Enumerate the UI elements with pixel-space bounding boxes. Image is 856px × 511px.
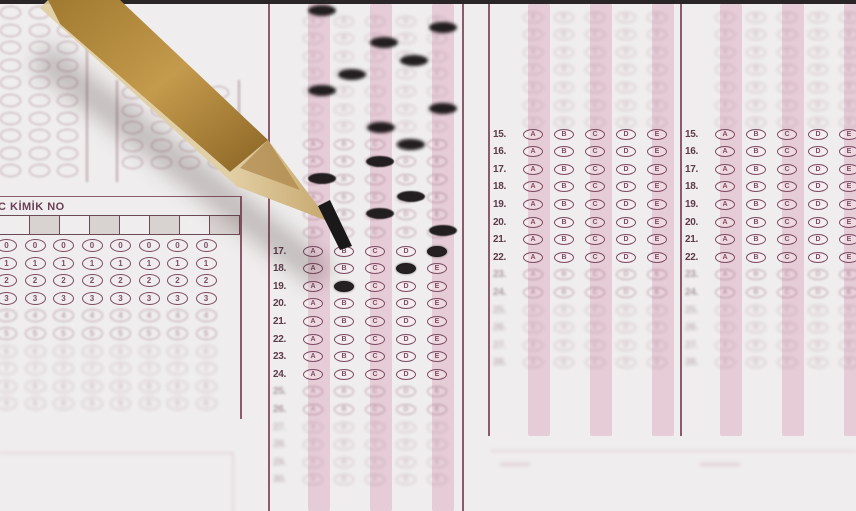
id-digit-bubble[interactable]: 1 <box>110 257 131 270</box>
id-digit-bubble[interactable]: 1 <box>0 257 17 270</box>
answer-bubble-d[interactable]: D <box>396 404 416 415</box>
id-digit-bubble[interactable]: 7 <box>196 362 217 375</box>
answer-bubble-b[interactable]: B <box>334 386 354 397</box>
answer-bubble-a[interactable]: A <box>303 351 323 362</box>
answer-bubble-a[interactable]: A <box>715 322 735 333</box>
answer-bubble-b[interactable]: B <box>334 209 354 220</box>
answer-bubble-d[interactable]: D <box>616 82 636 93</box>
answer-bubble-e[interactable]: E <box>647 117 667 128</box>
answer-bubble-a[interactable]: A <box>303 439 323 450</box>
answer-bubble-a[interactable]: A <box>303 227 323 238</box>
answer-bubble-e[interactable]: E <box>839 269 856 280</box>
answer-bubble-a[interactable]: A <box>523 29 543 40</box>
answer-bubble-c[interactable]: C <box>585 287 605 298</box>
id-digit-bubble[interactable]: 6 <box>167 345 188 358</box>
answer-bubble-e[interactable]: E <box>839 234 856 245</box>
answer-bubble-d[interactable]: D <box>396 422 416 433</box>
answer-bubble-a[interactable]: A <box>523 269 543 280</box>
answer-bubble-c[interactable]: C <box>365 104 385 115</box>
id-digit-bubble[interactable]: 7 <box>139 362 160 375</box>
id-digit-bubble[interactable]: 5 <box>53 327 74 340</box>
answer-bubble-d[interactable]: D <box>396 474 416 485</box>
answer-bubble-e[interactable]: E <box>647 269 667 280</box>
answer-bubble-e[interactable]: E <box>647 100 667 111</box>
id-digit-bubble[interactable]: 0 <box>139 239 160 252</box>
answer-bubble-b[interactable]: B <box>334 51 354 62</box>
answer-bubble-c[interactable]: C <box>365 404 385 415</box>
answer-bubble-d[interactable]: D <box>616 287 636 298</box>
answer-bubble-c[interactable]: C <box>777 217 797 228</box>
id-digit-bubble[interactable]: 9 <box>167 397 188 410</box>
answer-bubble-b[interactable]: B <box>334 369 354 380</box>
answer-bubble-c[interactable]: C <box>585 181 605 192</box>
id-digit-bubble[interactable]: 2 <box>196 274 217 287</box>
answer-bubble-b[interactable]: B <box>554 357 574 368</box>
answer-bubble-a[interactable]: A <box>303 33 323 44</box>
id-digit-bubble[interactable]: 8 <box>139 380 160 393</box>
answer-bubble-b[interactable]: B <box>746 82 766 93</box>
answer-bubble-c[interactable]: C <box>365 246 385 257</box>
answer-bubble-a[interactable]: A <box>715 64 735 75</box>
answer-bubble-c[interactable]: C <box>365 68 385 79</box>
answer-bubble-b[interactable]: B <box>334 439 354 450</box>
answer-bubble-e[interactable]: E <box>647 287 667 298</box>
answer-bubble-c[interactable]: C <box>777 100 797 111</box>
answer-bubble-e[interactable]: E <box>427 369 447 380</box>
id-digit-bubble[interactable]: 5 <box>196 327 217 340</box>
answer-bubble-e[interactable]: E <box>647 305 667 316</box>
answer-bubble-d[interactable]: D <box>396 298 416 309</box>
answer-bubble-a[interactable]: A <box>523 100 543 111</box>
answer-bubble-e[interactable]: E <box>427 263 447 274</box>
answer-bubble-d[interactable]: D <box>616 181 636 192</box>
answer-bubble-b[interactable]: B <box>554 217 574 228</box>
id-digit-bubble[interactable]: 2 <box>167 274 188 287</box>
answer-bubble-e[interactable]: E <box>647 252 667 263</box>
answer-bubble-b[interactable]: B <box>554 199 574 210</box>
id-digit-bubble[interactable]: 3 <box>110 292 131 305</box>
answer-bubble-c[interactable]: C <box>777 64 797 75</box>
answer-bubble-c[interactable]: C <box>777 269 797 280</box>
answer-bubble-d[interactable]: D <box>396 104 416 115</box>
answer-bubble-a[interactable]: A <box>715 287 735 298</box>
answer-bubble-a[interactable]: A <box>523 199 543 210</box>
answer-bubble-e[interactable]: E <box>427 386 447 397</box>
answer-bubble-c[interactable]: C <box>365 298 385 309</box>
answer-bubble-b[interactable]: B <box>334 422 354 433</box>
id-digit-bubble[interactable]: 8 <box>110 380 131 393</box>
id-digit-bubble[interactable]: 6 <box>139 345 160 358</box>
answer-bubble-d[interactable]: D <box>396 156 416 167</box>
answer-bubble-b[interactable]: B <box>746 181 766 192</box>
id-digit-bubble[interactable]: 3 <box>167 292 188 305</box>
answer-bubble-c[interactable]: C <box>585 29 605 40</box>
answer-bubble-b[interactable]: B <box>334 457 354 468</box>
answer-bubble-c[interactable]: C <box>585 340 605 351</box>
answer-bubble-a[interactable]: A <box>303 121 323 132</box>
id-digit-bubble[interactable]: 5 <box>25 327 46 340</box>
answer-bubble-c[interactable]: C <box>365 474 385 485</box>
answer-bubble-a[interactable]: A <box>523 357 543 368</box>
answer-bubble-b[interactable]: B <box>334 192 354 203</box>
answer-bubble-a[interactable]: A <box>303 246 323 257</box>
answer-bubble-e[interactable]: E <box>839 29 856 40</box>
answer-bubble-c[interactable]: C <box>365 439 385 450</box>
answer-bubble-b[interactable]: B <box>334 121 354 132</box>
answer-bubble-a[interactable]: A <box>715 117 735 128</box>
answer-bubble-e[interactable]: E <box>839 287 856 298</box>
id-digit-bubble[interactable]: 0 <box>82 239 103 252</box>
answer-bubble-b[interactable]: B <box>334 281 354 292</box>
answer-bubble-c[interactable]: C <box>365 281 385 292</box>
answer-bubble-e[interactable]: E <box>839 357 856 368</box>
id-digit-bubble[interactable]: 2 <box>110 274 131 287</box>
answer-bubble-b[interactable]: B <box>746 199 766 210</box>
answer-bubble-b[interactable]: B <box>746 12 766 23</box>
answer-bubble-a[interactable]: A <box>523 82 543 93</box>
answer-bubble-b[interactable]: B <box>334 86 354 97</box>
id-digit-bubble[interactable]: 1 <box>196 257 217 270</box>
answer-bubble-e[interactable]: E <box>647 340 667 351</box>
answer-bubble-e[interactable]: E <box>647 217 667 228</box>
answer-bubble-c[interactable]: C <box>365 457 385 468</box>
answer-bubble-e[interactable]: E <box>839 117 856 128</box>
answer-bubble-d[interactable]: D <box>616 100 636 111</box>
id-digit-bubble[interactable]: 0 <box>25 239 46 252</box>
answer-bubble-d[interactable]: D <box>396 86 416 97</box>
answer-bubble-d[interactable]: D <box>808 252 828 263</box>
answer-bubble-e[interactable]: E <box>427 33 447 44</box>
answer-bubble-d[interactable]: D <box>808 100 828 111</box>
answer-bubble-c[interactable]: C <box>365 369 385 380</box>
answer-bubble-b[interactable]: B <box>554 47 574 58</box>
answer-bubble-d[interactable]: D <box>396 351 416 362</box>
answer-bubble-d[interactable]: D <box>616 234 636 245</box>
id-digit-bubble[interactable]: 1 <box>82 257 103 270</box>
answer-bubble-a[interactable]: A <box>523 164 543 175</box>
answer-bubble-c[interactable]: C <box>777 164 797 175</box>
id-digit-bubble[interactable]: 8 <box>196 380 217 393</box>
answer-bubble-b[interactable]: B <box>746 29 766 40</box>
answer-bubble-e[interactable]: E <box>427 51 447 62</box>
answer-bubble-d[interactable]: D <box>396 316 416 327</box>
answer-bubble-d[interactable]: D <box>808 181 828 192</box>
answer-bubble-a[interactable]: A <box>303 209 323 220</box>
answer-bubble-c[interactable]: C <box>777 322 797 333</box>
answer-bubble-b[interactable]: B <box>554 322 574 333</box>
answer-bubble-a[interactable]: A <box>303 104 323 115</box>
answer-bubble-c[interactable]: C <box>365 51 385 62</box>
id-digit-bubble[interactable]: 8 <box>25 380 46 393</box>
answer-bubble-d[interactable]: D <box>808 322 828 333</box>
answer-bubble-b[interactable]: B <box>334 351 354 362</box>
answer-bubble-c[interactable]: C <box>585 199 605 210</box>
answer-bubble-b[interactable]: B <box>554 234 574 245</box>
answer-bubble-b[interactable]: B <box>334 104 354 115</box>
answer-bubble-b[interactable]: B <box>554 252 574 263</box>
answer-bubble-b[interactable]: B <box>554 181 574 192</box>
id-digit-bubble[interactable]: 3 <box>25 292 46 305</box>
answer-bubble-b[interactable]: B <box>746 305 766 316</box>
answer-bubble-c[interactable]: C <box>365 86 385 97</box>
answer-bubble-c[interactable]: C <box>777 47 797 58</box>
answer-bubble-e[interactable]: E <box>839 12 856 23</box>
answer-bubble-d[interactable]: D <box>396 439 416 450</box>
answer-bubble-b[interactable]: B <box>746 340 766 351</box>
answer-bubble-e[interactable]: E <box>839 47 856 58</box>
answer-bubble-c[interactable]: C <box>365 227 385 238</box>
id-digit-bubble[interactable]: 9 <box>139 397 160 410</box>
id-digit-bubble[interactable]: 6 <box>0 345 17 358</box>
id-digit-bubble[interactable]: 8 <box>82 380 103 393</box>
answer-bubble-e[interactable]: E <box>839 100 856 111</box>
answer-bubble-b[interactable]: B <box>554 340 574 351</box>
answer-bubble-e[interactable]: E <box>839 64 856 75</box>
answer-bubble-a[interactable]: A <box>523 287 543 298</box>
answer-bubble-e[interactable]: E <box>839 252 856 263</box>
answer-bubble-d[interactable]: D <box>616 322 636 333</box>
answer-bubble-d[interactable]: D <box>616 47 636 58</box>
answer-bubble-a[interactable]: A <box>715 252 735 263</box>
answer-bubble-c[interactable]: C <box>585 322 605 333</box>
answer-bubble-d[interactable]: D <box>616 164 636 175</box>
answer-bubble-d[interactable]: D <box>396 33 416 44</box>
id-digit-bubble[interactable]: 4 <box>110 309 131 322</box>
id-digit-bubble[interactable]: 9 <box>0 397 17 410</box>
answer-bubble-d[interactable]: D <box>396 281 416 292</box>
answer-bubble-b[interactable]: B <box>746 47 766 58</box>
answer-bubble-d[interactable]: D <box>808 82 828 93</box>
answer-bubble-d[interactable]: D <box>808 305 828 316</box>
answer-bubble-e[interactable]: E <box>647 164 667 175</box>
answer-bubble-b[interactable]: B <box>334 474 354 485</box>
id-digit-bubble[interactable]: 7 <box>110 362 131 375</box>
answer-bubble-a[interactable]: A <box>303 298 323 309</box>
answer-bubble-b[interactable]: B <box>746 269 766 280</box>
answer-bubble-d[interactable]: D <box>808 269 828 280</box>
answer-bubble-c[interactable]: C <box>585 117 605 128</box>
answer-bubble-e[interactable]: E <box>647 29 667 40</box>
answer-bubble-c[interactable]: C <box>365 192 385 203</box>
answer-bubble-a[interactable]: A <box>303 281 323 292</box>
answer-bubble-b[interactable]: B <box>334 139 354 150</box>
id-digit-bubble[interactable]: 2 <box>25 274 46 287</box>
id-digit-bubble[interactable]: 3 <box>53 292 74 305</box>
answer-bubble-d[interactable]: D <box>808 357 828 368</box>
id-digit-bubble[interactable]: 7 <box>0 362 17 375</box>
answer-bubble-c[interactable]: C <box>585 357 605 368</box>
answer-bubble-b[interactable]: B <box>334 174 354 185</box>
answer-bubble-c[interactable]: C <box>365 422 385 433</box>
answer-bubble-a[interactable]: A <box>523 217 543 228</box>
answer-bubble-c[interactable]: C <box>585 146 605 157</box>
answer-bubble-a[interactable]: A <box>715 217 735 228</box>
answer-bubble-e[interactable]: E <box>427 474 447 485</box>
id-digit-bubble[interactable]: 9 <box>53 397 74 410</box>
answer-bubble-d[interactable]: D <box>396 174 416 185</box>
answer-bubble-d[interactable]: D <box>396 16 416 27</box>
answer-bubble-c[interactable]: C <box>777 146 797 157</box>
id-digit-bubble[interactable]: 5 <box>110 327 131 340</box>
answer-bubble-b[interactable]: B <box>554 269 574 280</box>
answer-bubble-d[interactable]: D <box>616 305 636 316</box>
id-digit-bubble[interactable]: 6 <box>53 345 74 358</box>
answer-bubble-a[interactable]: A <box>523 252 543 263</box>
answer-bubble-a[interactable]: A <box>715 181 735 192</box>
answer-bubble-d[interactable]: D <box>616 64 636 75</box>
answer-bubble-e[interactable]: E <box>647 64 667 75</box>
id-digit-bubble[interactable]: 9 <box>196 397 217 410</box>
id-digit-bubble[interactable]: 6 <box>196 345 217 358</box>
answer-bubble-a[interactable]: A <box>523 234 543 245</box>
id-digit-bubble[interactable]: 3 <box>139 292 160 305</box>
answer-bubble-e[interactable]: E <box>427 209 447 220</box>
id-digit-bubble[interactable]: 5 <box>0 327 17 340</box>
answer-bubble-e[interactable]: E <box>839 82 856 93</box>
answer-bubble-a[interactable]: A <box>523 12 543 23</box>
answer-bubble-c[interactable]: C <box>585 47 605 58</box>
answer-bubble-c[interactable]: C <box>777 340 797 351</box>
answer-bubble-c[interactable]: C <box>585 217 605 228</box>
answer-bubble-b[interactable]: B <box>746 357 766 368</box>
answer-bubble-c[interactable]: C <box>777 82 797 93</box>
answer-bubble-e[interactable]: E <box>839 146 856 157</box>
answer-bubble-a[interactable]: A <box>303 192 323 203</box>
answer-bubble-e[interactable]: E <box>839 217 856 228</box>
answer-bubble-d[interactable]: D <box>396 386 416 397</box>
answer-bubble-b[interactable]: B <box>334 16 354 27</box>
id-digit-bubble[interactable]: 4 <box>196 309 217 322</box>
id-digit-bubble[interactable]: 0 <box>196 239 217 252</box>
id-digit-bubble[interactable]: 3 <box>0 292 17 305</box>
answer-bubble-e[interactable]: E <box>427 351 447 362</box>
answer-bubble-d[interactable]: D <box>616 12 636 23</box>
answer-bubble-a[interactable]: A <box>303 263 323 274</box>
answer-bubble-c[interactable]: C <box>777 117 797 128</box>
answer-bubble-c[interactable]: C <box>777 252 797 263</box>
answer-bubble-b[interactable]: B <box>554 287 574 298</box>
id-digit-bubble[interactable]: 1 <box>139 257 160 270</box>
id-digit-bubble[interactable]: 4 <box>139 309 160 322</box>
answer-bubble-a[interactable]: A <box>715 164 735 175</box>
answer-bubble-e[interactable]: E <box>427 139 447 150</box>
id-digit-bubble[interactable]: 9 <box>110 397 131 410</box>
answer-bubble-c[interactable]: C <box>365 351 385 362</box>
id-digit-bubble[interactable]: 1 <box>167 257 188 270</box>
answer-bubble-d[interactable]: D <box>808 234 828 245</box>
answer-bubble-d[interactable]: D <box>396 263 416 274</box>
answer-bubble-e[interactable]: E <box>427 68 447 79</box>
answer-bubble-b[interactable]: B <box>746 322 766 333</box>
answer-bubble-e[interactable]: E <box>427 86 447 97</box>
answer-bubble-d[interactable]: D <box>616 340 636 351</box>
id-digit-bubble[interactable]: 0 <box>167 239 188 252</box>
answer-bubble-d[interactable]: D <box>808 164 828 175</box>
answer-bubble-a[interactable]: A <box>523 117 543 128</box>
id-digit-bubble[interactable]: 2 <box>139 274 160 287</box>
id-digit-bubble[interactable]: 5 <box>82 327 103 340</box>
answer-bubble-a[interactable]: A <box>303 422 323 433</box>
id-digit-bubble[interactable]: 3 <box>196 292 217 305</box>
answer-bubble-c[interactable]: C <box>777 234 797 245</box>
id-digit-bubble[interactable]: 0 <box>53 239 74 252</box>
answer-bubble-b[interactable]: B <box>334 298 354 309</box>
answer-bubble-e[interactable]: E <box>427 281 447 292</box>
answer-bubble-a[interactable]: A <box>523 47 543 58</box>
id-digit-bubble[interactable]: 2 <box>53 274 74 287</box>
answer-bubble-d[interactable]: D <box>808 64 828 75</box>
answer-bubble-a[interactable]: A <box>523 305 543 316</box>
answer-bubble-c[interactable]: C <box>777 357 797 368</box>
answer-bubble-e[interactable]: E <box>647 181 667 192</box>
answer-bubble-c[interactable]: C <box>585 164 605 175</box>
answer-bubble-c[interactable]: C <box>365 16 385 27</box>
answer-bubble-a[interactable]: A <box>303 139 323 150</box>
answer-bubble-e[interactable]: E <box>647 234 667 245</box>
id-digit-bubble[interactable]: 0 <box>110 239 131 252</box>
answer-bubble-c[interactable]: C <box>365 316 385 327</box>
answer-bubble-d[interactable]: D <box>396 227 416 238</box>
answer-bubble-e[interactable]: E <box>839 340 856 351</box>
answer-bubble-d[interactable]: D <box>396 334 416 345</box>
answer-bubble-a[interactable]: A <box>303 16 323 27</box>
answer-bubble-e[interactable]: E <box>427 121 447 132</box>
answer-bubble-b[interactable]: B <box>554 29 574 40</box>
answer-bubble-c[interactable]: C <box>585 82 605 93</box>
answer-bubble-c[interactable]: C <box>777 12 797 23</box>
answer-bubble-c[interactable]: C <box>365 263 385 274</box>
answer-bubble-d[interactable]: D <box>396 209 416 220</box>
answer-bubble-a[interactable]: A <box>303 474 323 485</box>
answer-bubble-a[interactable]: A <box>715 47 735 58</box>
answer-bubble-d[interactable]: D <box>396 68 416 79</box>
answer-bubble-a[interactable]: A <box>715 100 735 111</box>
answer-bubble-e[interactable]: E <box>647 199 667 210</box>
answer-bubble-b[interactable]: B <box>746 234 766 245</box>
answer-bubble-b[interactable]: B <box>334 156 354 167</box>
answer-bubble-a[interactable]: A <box>715 340 735 351</box>
answer-bubble-b[interactable]: B <box>554 164 574 175</box>
answer-bubble-e[interactable]: E <box>427 192 447 203</box>
id-digit-bubble[interactable]: 9 <box>82 397 103 410</box>
id-digit-bubble[interactable]: 1 <box>25 257 46 270</box>
id-digit-bubble[interactable]: 6 <box>25 345 46 358</box>
answer-bubble-e[interactable]: E <box>427 316 447 327</box>
answer-bubble-e[interactable]: E <box>427 457 447 468</box>
answer-bubble-d[interactable]: D <box>808 146 828 157</box>
id-digit-bubble[interactable]: 1 <box>53 257 74 270</box>
answer-bubble-b[interactable]: B <box>746 217 766 228</box>
answer-bubble-e[interactable]: E <box>427 404 447 415</box>
id-digit-bubble[interactable]: 4 <box>167 309 188 322</box>
answer-bubble-d[interactable]: D <box>808 199 828 210</box>
answer-bubble-a[interactable]: A <box>303 316 323 327</box>
answer-bubble-e[interactable]: E <box>839 164 856 175</box>
answer-bubble-d[interactable]: D <box>808 47 828 58</box>
answer-bubble-e[interactable]: E <box>427 334 447 345</box>
answer-bubble-e[interactable]: E <box>647 82 667 93</box>
id-digit-bubble[interactable]: 6 <box>82 345 103 358</box>
answer-bubble-d[interactable]: D <box>396 121 416 132</box>
id-digit-bubble[interactable]: 4 <box>25 309 46 322</box>
id-digit-bubble[interactable]: 9 <box>25 397 46 410</box>
answer-bubble-b[interactable]: B <box>334 334 354 345</box>
answer-bubble-a[interactable]: A <box>715 269 735 280</box>
answer-bubble-e[interactable]: E <box>427 422 447 433</box>
answer-bubble-e[interactable]: E <box>427 156 447 167</box>
id-digit-bubble[interactable]: 0 <box>0 239 17 252</box>
answer-bubble-b[interactable]: B <box>554 117 574 128</box>
